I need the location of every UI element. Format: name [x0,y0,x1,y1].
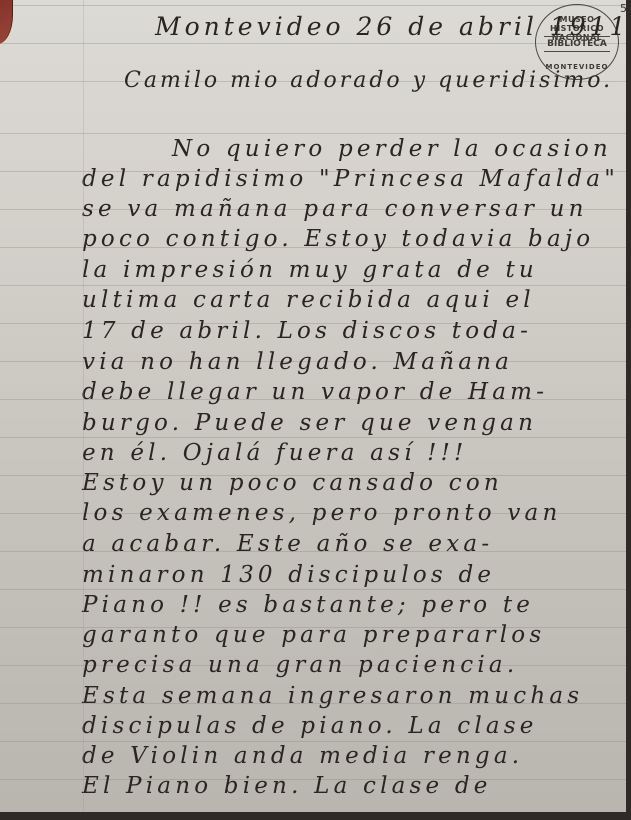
body-line: burgo. Puede ser que vengan [82,410,537,436]
body-line: a acabar. Este año se exa- [82,531,493,557]
body-line: 17 de abril. Los discos toda- [82,318,532,344]
body-line: ultima carta recibida aqui el [82,287,535,313]
body-line: los examenes, pero pronto van [82,500,561,526]
body-line: Estoy un poco cansado con [82,470,503,496]
body-line: Esta semana ingresaron muchas [82,683,583,709]
letter-salutation: Camilo mio adorado y queridisimo. [124,68,613,93]
body-line: Piano !! es bastante; pero te [82,592,534,618]
body-line: en él. Ojalá fuera así !!! [82,440,467,466]
body-line: de Violin anda media renga. [82,743,523,769]
body-line: discipulas de piano. La clase [82,713,538,739]
body-line: minaron 130 discipulos de [82,562,495,588]
letter-page: 5 MUSEO HISTORICO NACIONAL BIBLIOTECA MO… [0,0,626,812]
body-line: del rapidisimo "Princesa Mafalda" que [82,166,626,192]
corner-stain [0,0,13,44]
body-line: garanto que para prepararlos [82,622,545,648]
body-line: No quiero perder la ocasion [172,136,612,162]
body-line: El Piano bien. La clase de [82,773,492,799]
body-line: la impresión muy grata de tu [82,257,538,283]
letter-date-header: Montevideo 26 de abril 1911. [155,12,626,41]
body-line: poco contigo. Estoy todavia bajo [82,226,594,252]
body-line: precisa una gran paciencia. [82,652,518,678]
body-line: debe llegar un vapor de Ham- [82,379,548,405]
body-line: se va mañana para conversar un [82,196,588,222]
body-line: via no han llegado. Mañana [82,349,513,375]
